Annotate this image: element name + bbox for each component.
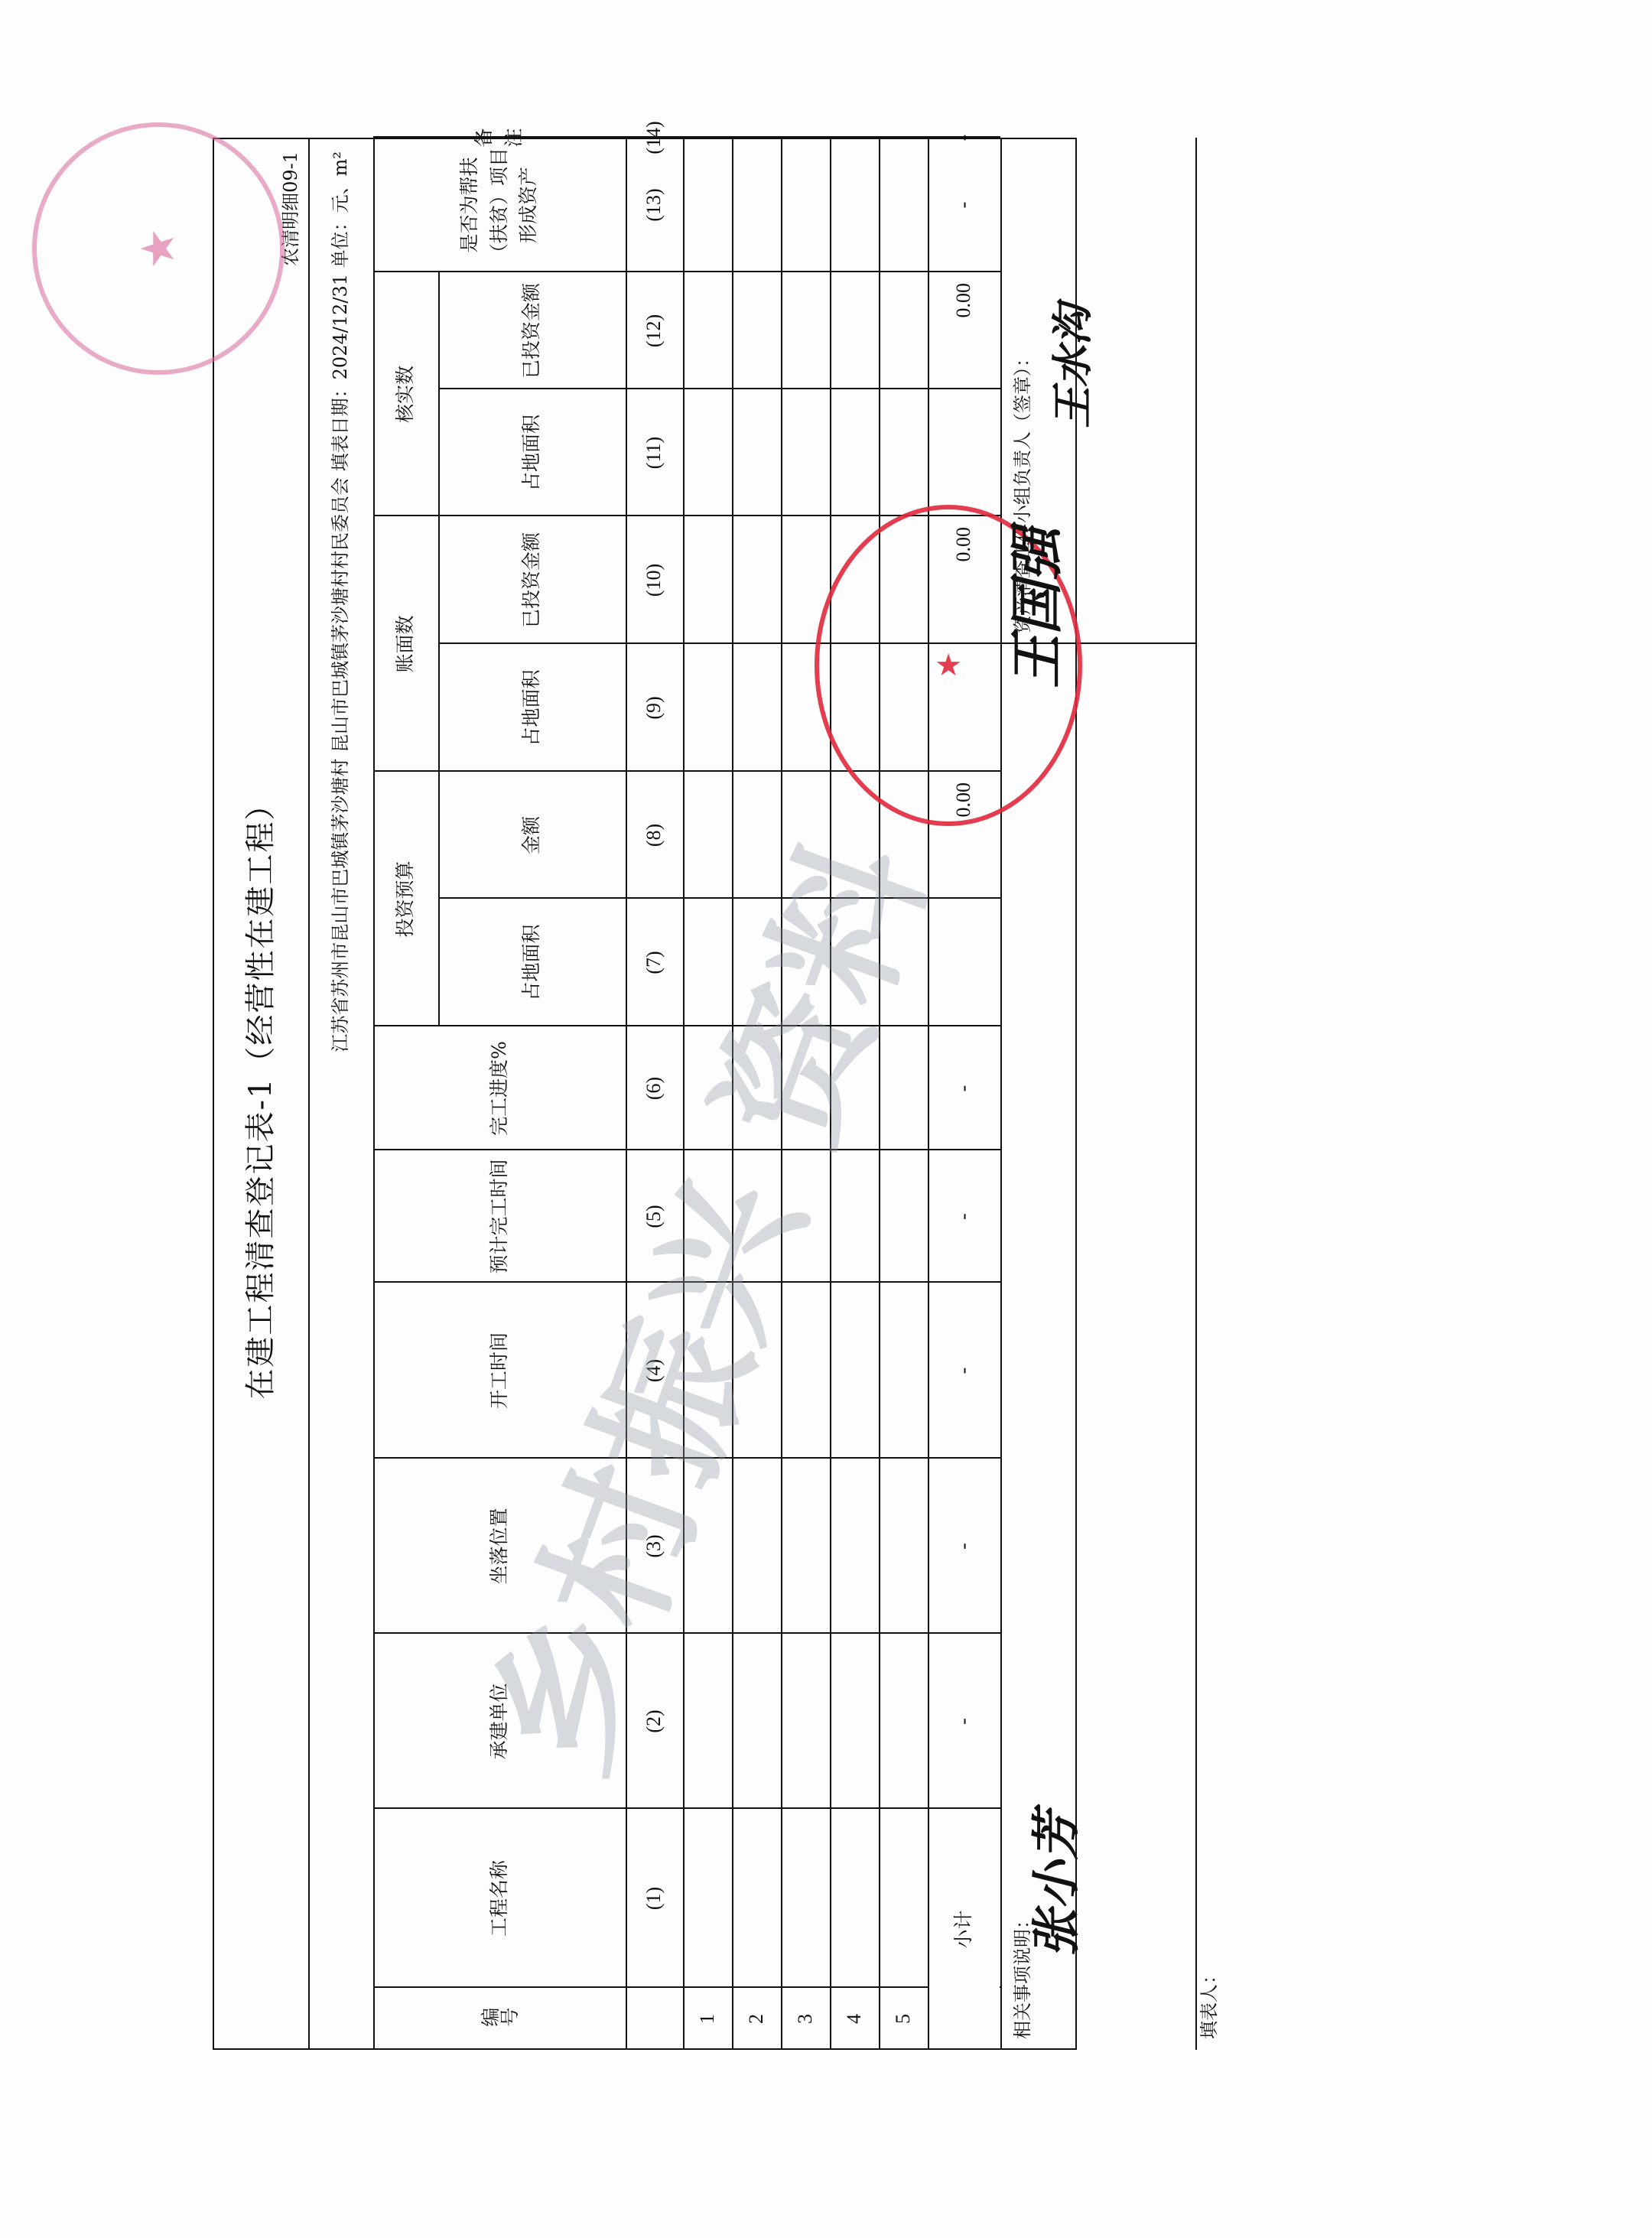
header-no: 编号 bbox=[373, 1988, 626, 2050]
subtotal-cell: - bbox=[928, 1026, 1000, 1150]
table-cell bbox=[879, 1459, 928, 1634]
table-cell bbox=[830, 1809, 879, 1988]
header-progress: 完工进度% bbox=[373, 1031, 626, 1146]
subtotal-cell: - bbox=[928, 1283, 1000, 1459]
table-cell bbox=[732, 1809, 781, 1988]
row-number: 3 bbox=[781, 1988, 830, 2050]
subtotal-cell: 0.00 bbox=[928, 272, 1000, 389]
table-cell bbox=[830, 138, 879, 272]
column-number: (8) bbox=[626, 772, 683, 899]
table-cell bbox=[879, 1283, 928, 1459]
star-icon: ★ bbox=[132, 228, 185, 269]
row-number: 2 bbox=[732, 1988, 781, 2050]
table-cell bbox=[781, 1809, 830, 1988]
grid-line bbox=[1195, 138, 1197, 2050]
table-cell bbox=[830, 1283, 879, 1459]
header-name: 工程名称 bbox=[373, 1813, 626, 1983]
table-cell bbox=[683, 516, 732, 644]
subtotal-cell bbox=[928, 389, 1000, 516]
table-cell bbox=[879, 272, 928, 389]
header-book-group: 账面数 bbox=[373, 516, 438, 772]
table-cell bbox=[732, 272, 781, 389]
star-icon: ★ bbox=[935, 648, 962, 683]
table-cell bbox=[781, 138, 830, 272]
header-verified-area: 占地面积 bbox=[438, 389, 626, 516]
table-cell bbox=[683, 1634, 732, 1809]
table-cell bbox=[683, 138, 732, 272]
subtotal-label: 小计 bbox=[928, 1809, 1000, 2050]
table-cell bbox=[830, 389, 879, 516]
table-cell bbox=[683, 1809, 732, 1988]
table-cell bbox=[732, 516, 781, 644]
column-number: (10) bbox=[626, 516, 683, 644]
table-cell bbox=[879, 389, 928, 516]
header-poverty: 是否为帮扶（扶贫）项目形成资产 bbox=[373, 145, 626, 265]
table-cell bbox=[879, 1809, 928, 1988]
header-expected-finish: 预计完工时间 bbox=[373, 1155, 626, 1278]
table-cell bbox=[683, 644, 732, 772]
table-cell bbox=[732, 138, 781, 272]
row-number: 5 bbox=[879, 1988, 928, 2050]
filler-signature: 张小芳 bbox=[1017, 1811, 1088, 1958]
table-cell bbox=[732, 389, 781, 516]
grid-line bbox=[1000, 138, 1002, 2050]
header-budget-group: 投资预算 bbox=[373, 772, 438, 1026]
row-number: 1 bbox=[683, 1988, 732, 2050]
table-cell bbox=[781, 1634, 830, 1809]
header-verified-group: 核实数 bbox=[373, 272, 438, 516]
table-cell bbox=[683, 272, 732, 389]
header-book-invest: 已投资金额 bbox=[438, 522, 626, 638]
header-verified-invest: 已投资金额 bbox=[438, 278, 626, 383]
table-cell bbox=[830, 1634, 879, 1809]
header-book-area: 占地面积 bbox=[438, 644, 626, 772]
table-cell bbox=[683, 389, 732, 516]
table-cell bbox=[781, 389, 830, 516]
table-cell bbox=[781, 1459, 830, 1634]
org-info: 江苏省苏州市昆山市巴城镇茅沙塘村 昆山市巴城镇茅沙塘村村民委员会 填表日期：20… bbox=[308, 138, 373, 2050]
subtotal-cell: - bbox=[928, 138, 1000, 272]
filler-label: 填表人： bbox=[1195, 1591, 1224, 2050]
column-number: (7) bbox=[626, 899, 683, 1026]
extra-signature: 王水沟 bbox=[1040, 304, 1099, 428]
cooperative-seal: ★ bbox=[32, 122, 285, 375]
table-cell bbox=[879, 138, 928, 272]
leader-signature: 王国强 bbox=[994, 528, 1072, 688]
subtotal-cell: - bbox=[928, 1634, 1000, 1809]
subtotal-cell: - bbox=[928, 1150, 1000, 1283]
column-number: (1) bbox=[626, 1809, 683, 1988]
column-number: (13) bbox=[626, 138, 683, 272]
subtotal-cell: - bbox=[928, 1459, 1000, 1634]
table-cell bbox=[879, 1634, 928, 1809]
column-number: (9) bbox=[626, 644, 683, 772]
table-cell bbox=[683, 772, 732, 899]
table-cell bbox=[732, 1634, 781, 1809]
table-cell bbox=[781, 272, 830, 389]
column-number: (12) bbox=[626, 272, 683, 389]
table-cell bbox=[732, 644, 781, 772]
header-budget-amount: 金额 bbox=[438, 772, 626, 899]
header-budget-area: 占地面积 bbox=[438, 899, 626, 1026]
table-cell bbox=[879, 1150, 928, 1283]
column-number: (11) bbox=[626, 389, 683, 516]
row-number: 4 bbox=[830, 1988, 879, 2050]
page-title: 在建工程清查登记表-1（经营性在建工程） bbox=[213, 138, 308, 2050]
table-cell bbox=[830, 1459, 879, 1634]
table-cell bbox=[830, 272, 879, 389]
